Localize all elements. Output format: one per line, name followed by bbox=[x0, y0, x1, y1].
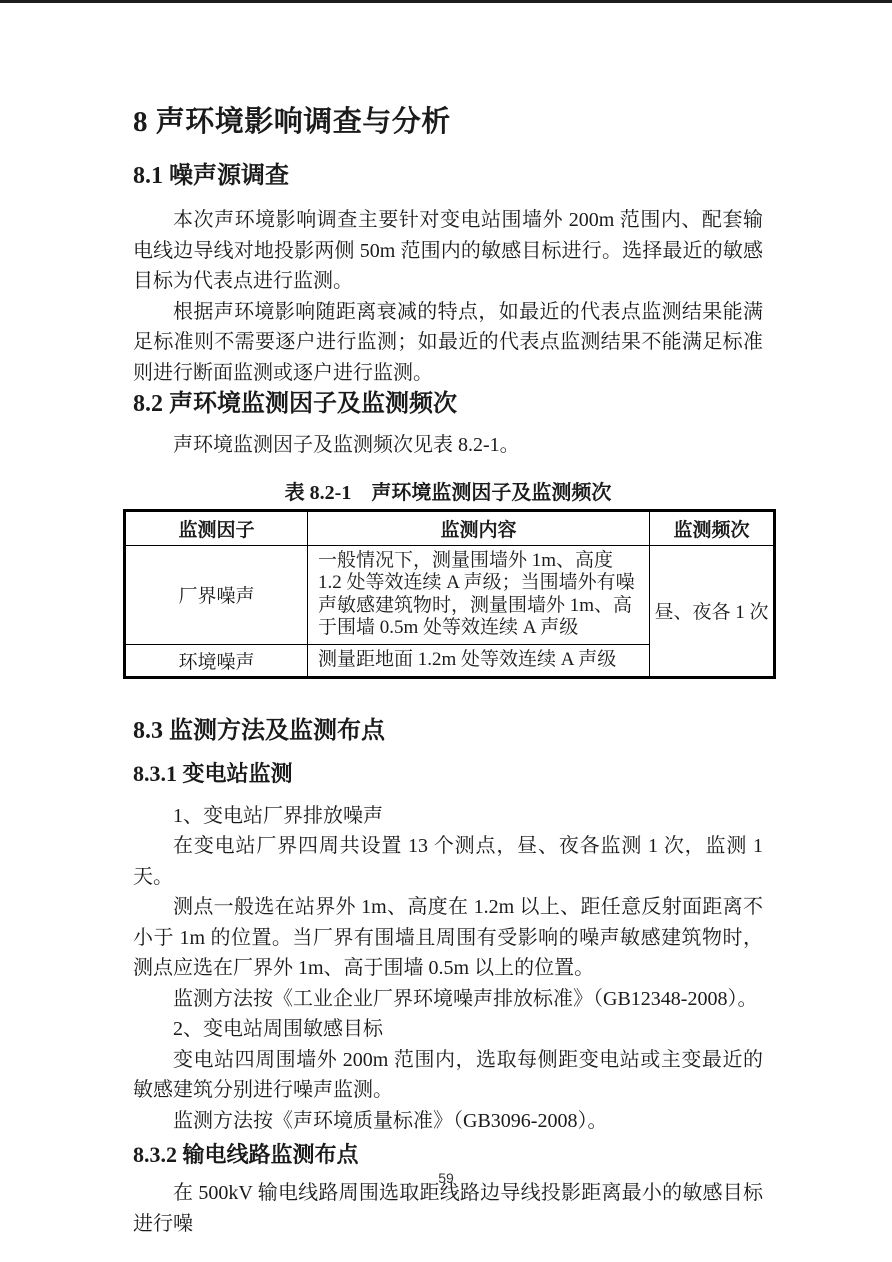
paragraph-method-gb12348: 监测方法按《工业企业厂界环境噪声排放标准》（GB12348-2008）。 bbox=[133, 984, 763, 1015]
paragraph-item-1-title: 1、变电站厂界排放噪声 bbox=[133, 801, 763, 832]
cell-content-boundary: 一般情况下，测量围墙外 1m、高度 1.2 处等效连续 A 声级；当围墙外有噪声… bbox=[308, 545, 650, 644]
table-header-row: 监测因子 监测内容 监测频次 bbox=[125, 510, 775, 545]
table-header-factor: 监测因子 bbox=[125, 510, 308, 545]
paragraph-noise-survey-scope: 本次声环境影响调查主要针对变电站围墙外 200m 范围内、配套输电线边导线对地投… bbox=[133, 205, 763, 297]
paragraph-point-placement: 测点一般选在站界外 1m、高度在 1.2m 以上、距任意反射面距离不小于 1m … bbox=[133, 892, 763, 984]
table-caption-number: 表 8.2-1 bbox=[285, 482, 352, 504]
section-heading-8-3: 8.3 监测方法及监测布点 bbox=[133, 717, 763, 746]
cell-frequency-merged: 昼、夜各 1 次 bbox=[650, 545, 775, 677]
table-caption: 表 8.2-1声环境监测因子及监测频次 bbox=[133, 481, 763, 505]
page-top-border bbox=[0, 0, 892, 3]
paragraph-sensitive-targets: 变电站四周围墙外 200m 范围内，选取每侧距变电站或主变最近的敏感建筑分别进行… bbox=[133, 1045, 763, 1106]
cell-factor-boundary: 厂界噪声 bbox=[125, 545, 308, 644]
paragraph-line-monitoring: 在 500kV 输电线路周围选取距线路边导线投影距离最小的敏感目标进行噪 bbox=[133, 1178, 763, 1239]
subsection-heading-8-3-2: 8.3.2 输电线路监测布点 bbox=[133, 1142, 763, 1168]
table-header-content: 监测内容 bbox=[308, 510, 650, 545]
table-caption-title: 声环境监测因子及监测频次 bbox=[371, 482, 611, 504]
document-page: 8 声环境影响调查与分析 8.1 噪声源调查 本次声环境影响调查主要针对变电站围… bbox=[0, 0, 892, 1262]
paragraph-item-2-title: 2、变电站周围敏感目标 bbox=[133, 1014, 763, 1045]
subsection-heading-8-3-1: 8.3.1 变电站监测 bbox=[133, 761, 763, 787]
cell-content-ambient: 测量距地面 1.2m 处等效连续 A 声级 bbox=[308, 644, 650, 677]
table-row-boundary-noise: 厂界噪声 一般情况下，测量围墙外 1m、高度 1.2 处等效连续 A 声级；当围… bbox=[125, 545, 775, 644]
page-number: 59 bbox=[0, 1170, 892, 1186]
section-heading-8-2: 8.2 声环境监测因子及监测频次 bbox=[133, 390, 763, 419]
paragraph-station-points: 在变电站厂界四周共设置 13 个测点，昼、夜各监测 1 次，监测 1 天。 bbox=[133, 831, 763, 892]
monitoring-factor-table: 监测因子 监测内容 监测频次 厂界噪声 一般情况下，测量围墙外 1m、高度 1.… bbox=[123, 509, 776, 679]
section-heading-8-1: 8.1 噪声源调查 bbox=[133, 162, 763, 191]
paragraph-method-gb3096: 监测方法按《声环境质量标准》（GB3096-2008）。 bbox=[133, 1106, 763, 1137]
chapter-heading: 8 声环境影响调查与分析 bbox=[133, 105, 763, 140]
table-header-frequency: 监测频次 bbox=[650, 510, 775, 545]
document-content: 8 声环境影响调查与分析 8.1 噪声源调查 本次声环境影响调查主要针对变电站围… bbox=[0, 0, 892, 1239]
paragraph-noise-survey-method: 根据声环境影响随距离衰减的特点，如最近的代表点监测结果能满足标准则不需要逐户进行… bbox=[133, 297, 763, 389]
cell-factor-ambient: 环境噪声 bbox=[125, 644, 308, 677]
paragraph-table-reference: 声环境监测因子及监测频次见表 8.2-1。 bbox=[133, 430, 763, 461]
